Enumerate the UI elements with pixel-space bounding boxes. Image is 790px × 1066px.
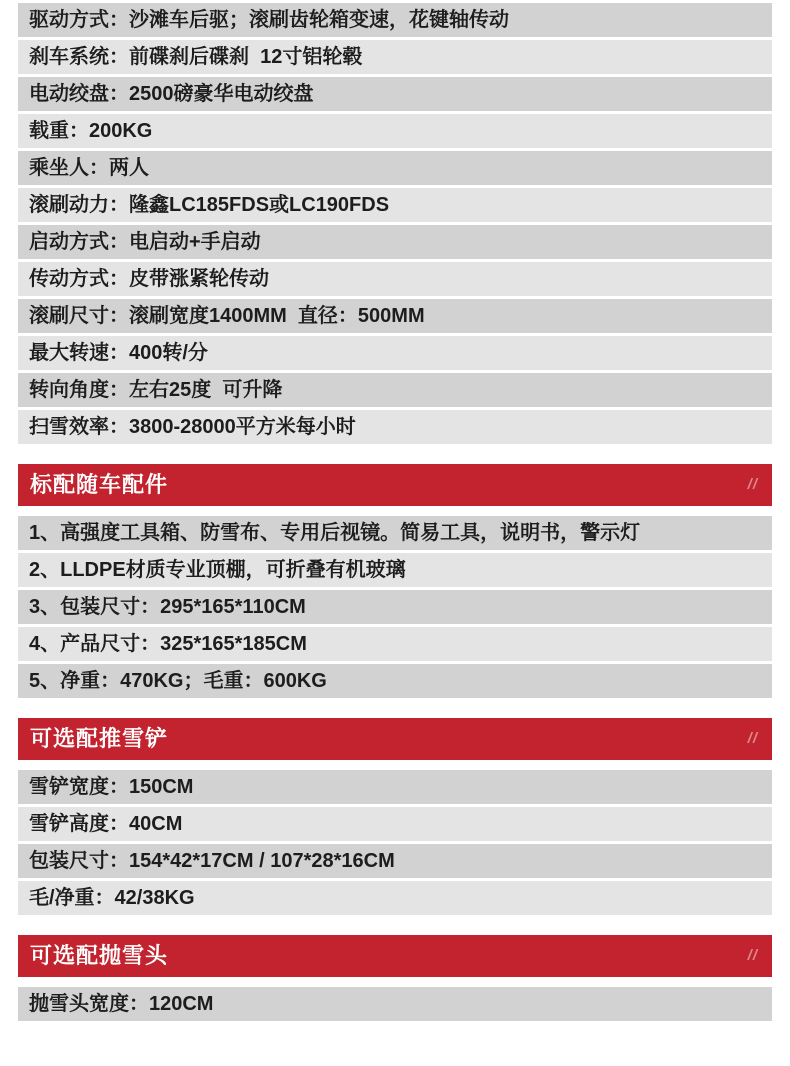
- list-item: 5、净重：470KG；毛重：600KG: [18, 664, 772, 698]
- section-header-optional-snow-plow: 可选配推雪铲 //: [18, 718, 772, 760]
- list-item: 1、高强度工具箱、防雪布、专用后视镜。简易工具，说明书，警示灯: [18, 516, 772, 550]
- spec-row: 载重：200KG: [18, 114, 772, 148]
- spec-row: 乘坐人：两人: [18, 151, 772, 185]
- list-item: 4、产品尺寸：325*165*185CM: [18, 627, 772, 661]
- double-slash-decoration: //: [748, 718, 758, 760]
- spec-table: 驱动方式：沙滩车后驱；滚刷齿轮箱变速，花键轴传动 刹车系统：前碟刹后碟刹 12寸…: [18, 3, 772, 444]
- list-item: 2、LLDPE材质专业顶棚，可折叠有机玻璃: [18, 553, 772, 587]
- spec-row: 最大转速：400转/分: [18, 336, 772, 370]
- double-slash-decoration: //: [748, 935, 758, 977]
- section-title: 标配随车配件: [30, 472, 168, 497]
- spec-row: 雪铲高度：40CM: [18, 807, 772, 841]
- spec-row: 滚刷尺寸：滚刷宽度1400MM 直径：500MM: [18, 299, 772, 333]
- list-item: 3、包装尺寸：295*165*110CM: [18, 590, 772, 624]
- spec-row: 传动方式：皮带涨紧轮传动: [18, 262, 772, 296]
- section-header-standard-accessories: 标配随车配件 //: [18, 464, 772, 506]
- spec-row: 启动方式：电启动+手启动: [18, 225, 772, 259]
- section-title: 可选配抛雪头: [30, 943, 168, 968]
- accessories-list: 1、高强度工具箱、防雪布、专用后视镜。简易工具，说明书，警示灯 2、LLDPE材…: [18, 516, 772, 698]
- spec-row: 刹车系统：前碟刹后碟刹 12寸铝轮毂: [18, 40, 772, 74]
- spec-row: 电动绞盘：2500磅豪华电动绞盘: [18, 77, 772, 111]
- double-slash-decoration: //: [748, 464, 758, 506]
- spec-row: 扫雪效率：3800-28000平方米每小时: [18, 410, 772, 444]
- spec-row: 包装尺寸：154*42*17CM / 107*28*16CM: [18, 844, 772, 878]
- spec-row: 驱动方式：沙滩车后驱；滚刷齿轮箱变速，花键轴传动: [18, 3, 772, 37]
- product-spec-sheet: 驱动方式：沙滩车后驱；滚刷齿轮箱变速，花键轴传动 刹车系统：前碟刹后碟刹 12寸…: [0, 0, 790, 1066]
- section-header-optional-snow-thrower: 可选配抛雪头 //: [18, 935, 772, 977]
- spec-row: 转向角度：左右25度 可升降: [18, 373, 772, 407]
- spec-row: 抛雪头宽度：120CM: [18, 987, 772, 1021]
- section-title: 可选配推雪铲: [30, 726, 168, 751]
- snow-plow-spec-list: 雪铲宽度：150CM 雪铲高度：40CM 包装尺寸：154*42*17CM / …: [18, 770, 772, 915]
- spec-row: 雪铲宽度：150CM: [18, 770, 772, 804]
- spec-row: 毛/净重：42/38KG: [18, 881, 772, 915]
- spec-row: 滚刷动力：隆鑫LC185FDS或LC190FDS: [18, 188, 772, 222]
- snow-thrower-spec-list: 抛雪头宽度：120CM: [18, 987, 772, 1021]
